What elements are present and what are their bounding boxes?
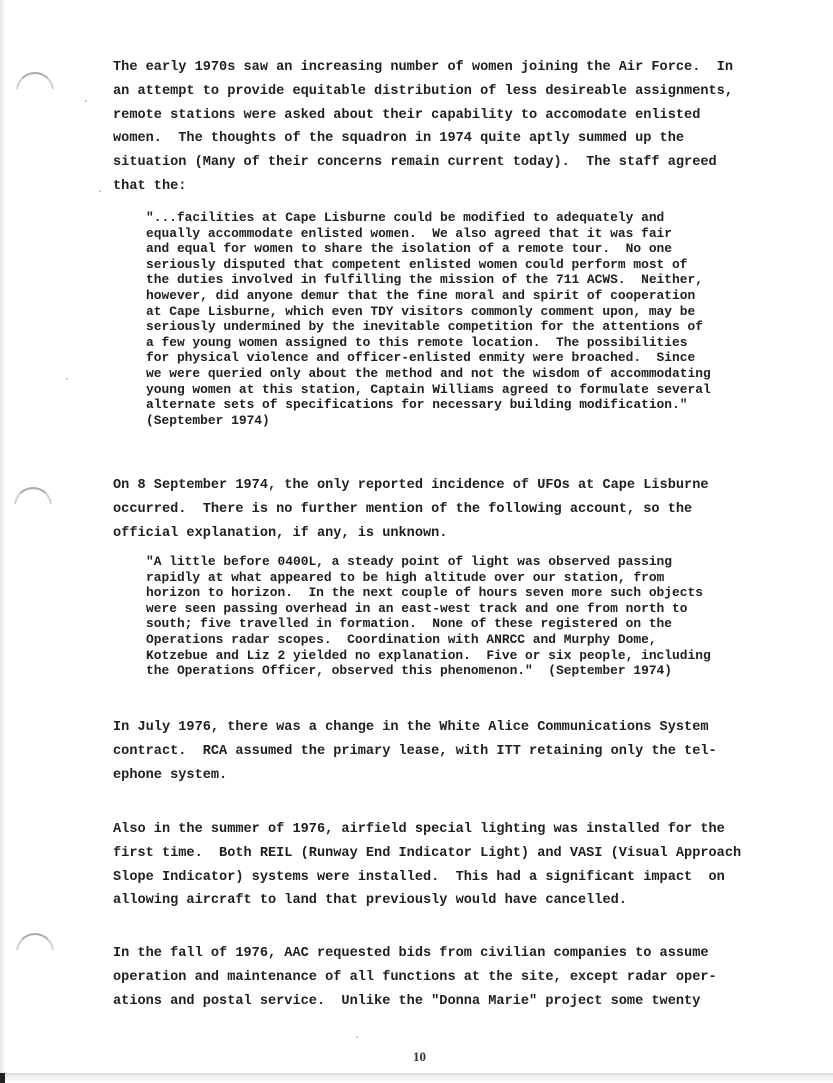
- text-line: operation and maintenance of all functio…: [113, 970, 717, 985]
- text-line: horizon to horizon. In the next couple o…: [146, 585, 703, 600]
- text-line: young women at this station, Captain Wil…: [146, 382, 711, 397]
- text-line: In the fall of 1976, AAC requested bids …: [113, 946, 709, 961]
- text-line: a few young women assigned to this remot…: [146, 335, 688, 350]
- text-line: On 8 September 1974, the only reported i…: [113, 478, 709, 493]
- punch-hole-mark: [14, 487, 52, 525]
- text-line: seriously disputed that competent enlist…: [146, 257, 688, 272]
- text-line: remote stations were asked about their c…: [113, 108, 700, 123]
- text-line: were seen passing overhead in an east-we…: [146, 601, 688, 616]
- text-line: Kotzebue and Liz 2 yielded no explanatio…: [146, 648, 711, 663]
- text-line: occurred. There is no further mention of…: [113, 502, 692, 517]
- text-line: allowing aircraft to land that previousl…: [113, 893, 627, 908]
- text-line: the duties involved in fulfilling the mi…: [146, 272, 703, 287]
- text-line: contract. RCA assumed the primary lease,…: [113, 744, 717, 759]
- text-line: Also in the summer of 1976, airfield spe…: [113, 822, 725, 837]
- text-line: seriously undermined by the inevitable c…: [146, 319, 703, 334]
- text-line: south; five travelled in formation. None…: [146, 616, 672, 631]
- text-line: "A little before 0400L, a steady point o…: [146, 554, 672, 569]
- text-line: The early 1970s saw an increasing number…: [113, 60, 733, 75]
- text-line: equally accommodate enlisted women. We a…: [146, 226, 672, 241]
- text-line: an attempt to provide equitable distribu…: [113, 84, 733, 99]
- text-line: official explanation, if any, is unknown…: [113, 526, 447, 541]
- text-line: that the:: [113, 179, 186, 194]
- text-line: for physical violence and officer-enlist…: [146, 350, 695, 365]
- text-line: women. The thoughts of the squadron in 1…: [113, 131, 684, 146]
- text-line: (September 1974): [146, 413, 270, 428]
- text-line: "...facilities at Cape Lisburne could be…: [146, 210, 664, 225]
- text-line: In July 1976, there was a change in the …: [113, 720, 709, 735]
- text-line: the Operations Officer, observed this ph…: [146, 663, 672, 678]
- text-line: first time. Both REIL (Runway End Indica…: [113, 846, 741, 861]
- scan-corner-mark: [0, 1073, 5, 1083]
- text-line: Operations radar scopes. Coordination wi…: [146, 632, 657, 647]
- text-line: at Cape Lisburne, which even TDY visitor…: [146, 304, 695, 319]
- text-line: ations and postal service. Unlike the "D…: [113, 994, 700, 1009]
- text-line: rapidly at what appeared to be high alti…: [146, 570, 664, 585]
- scan-speck: [85, 100, 87, 102]
- punch-hole-mark: [16, 72, 54, 110]
- punch-hole-mark: [16, 933, 54, 971]
- scan-speck: [66, 378, 68, 380]
- text-line: we were queried only about the method an…: [146, 366, 711, 381]
- text-line: and equal for women to share the isolati…: [146, 241, 672, 256]
- text-line: alternate sets of specifications for nec…: [146, 397, 688, 412]
- text-line: however, did anyone demur that the fine …: [146, 288, 695, 303]
- scan-speck: [356, 1036, 358, 1038]
- page-edge-bottom: [0, 1073, 833, 1083]
- text-line: Slope Indicator) systems were installed.…: [113, 870, 725, 885]
- page-edge-left: [0, 0, 6, 1083]
- text-line: situation (Many of their concerns remain…: [113, 155, 717, 170]
- scan-speck: [99, 190, 101, 192]
- text-line: ephone system.: [113, 768, 227, 783]
- page-number: 10: [413, 1049, 426, 1065]
